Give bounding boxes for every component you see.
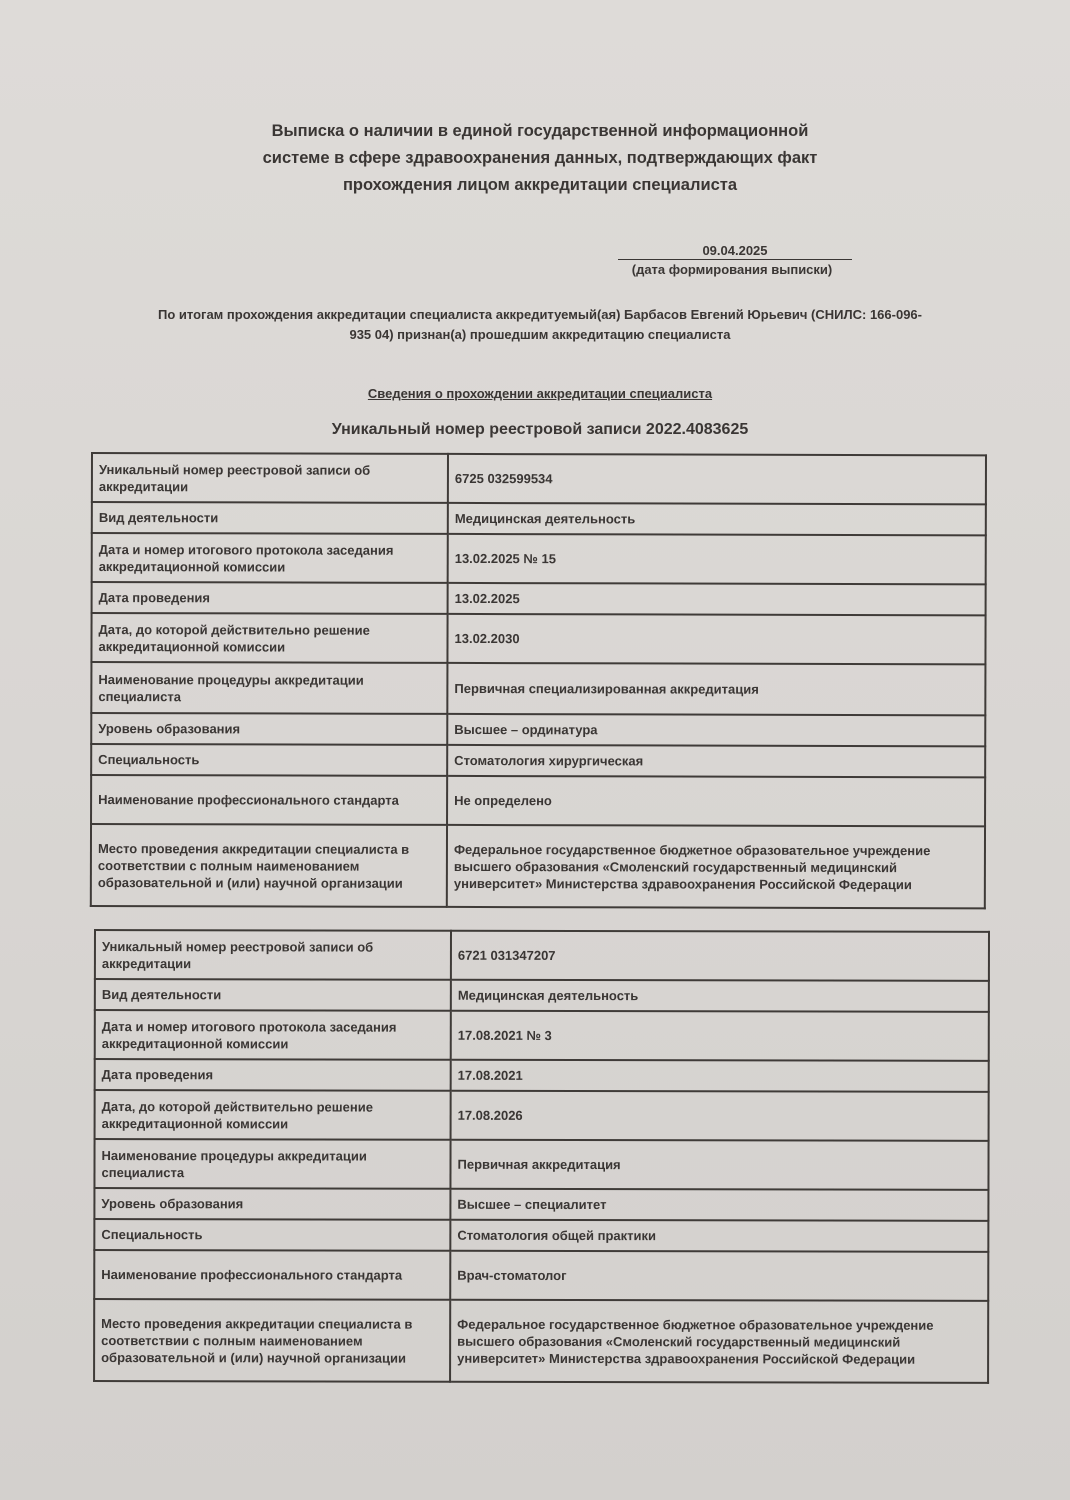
row-value: Первичная специализированная аккредитаци…	[447, 663, 985, 715]
row-value: 6721 031347207	[451, 931, 989, 981]
table-row: Дата проведения17.08.2021	[95, 1059, 989, 1092]
table-row: СпециальностьСтоматология общей практики	[94, 1219, 988, 1252]
document-page: Выписка о наличии в единой государственн…	[0, 0, 1070, 1500]
row-value: 13.02.2025	[448, 583, 986, 615]
issue-date-block: 09.04.2025 (дата формирования выписки)	[612, 243, 852, 277]
row-label: Специальность	[91, 744, 447, 776]
table-row: Уровень образованияВысшее – ординатура	[91, 713, 985, 746]
accreditation-table-2: Уникальный номер реестровой записи об ак…	[93, 929, 990, 1384]
table-row: Наименование профессионального стандарта…	[91, 775, 985, 826]
row-value: 13.02.2025 № 15	[448, 534, 986, 584]
row-value: Первичная аккредитация	[450, 1140, 988, 1190]
table-row: Дата и номер итогового протокола заседан…	[95, 1010, 989, 1061]
table-row: Вид деятельностиМедицинская деятельность	[95, 979, 989, 1012]
row-value: 17.08.2021 № 3	[451, 1011, 989, 1061]
table-row: Дата, до которой действительно решение а…	[91, 613, 985, 664]
row-label: Дата проведения	[95, 1059, 451, 1091]
title-line: Выписка о наличии в единой государственн…	[200, 118, 880, 145]
row-label: Уникальный номер реестровой записи об ак…	[92, 453, 448, 503]
accreditation-table-1: Уникальный номер реестровой записи об ак…	[90, 452, 987, 909]
row-value: Медицинская деятельность	[448, 503, 986, 535]
intro-paragraph: По итогам прохождения аккредитации специ…	[95, 305, 985, 345]
row-label: Наименование профессионального стандарта	[91, 775, 447, 825]
row-value: Не определено	[447, 776, 985, 826]
row-label: Уровень образования	[91, 713, 447, 745]
table-row: Дата и номер итогового протокола заседан…	[92, 533, 986, 584]
intro-line: По итогам прохождения аккредитации специ…	[95, 305, 985, 325]
registry-number: Уникальный номер реестровой записи 2022.…	[0, 421, 1070, 439]
row-label: Наименование процедуры аккредитации спец…	[94, 1139, 450, 1189]
table-row: Наименование профессионального стандарта…	[94, 1250, 988, 1301]
row-value: 17.08.2021	[451, 1060, 989, 1092]
title-line: системе в сфере здравоохранения данных, …	[200, 145, 880, 172]
row-value: Высшее – ординатура	[447, 714, 985, 746]
row-label: Вид деятельности	[95, 979, 451, 1011]
row-value: 17.08.2026	[451, 1091, 989, 1141]
table-row: Уникальный номер реестровой записи об ак…	[95, 930, 989, 981]
document-title: Выписка о наличии в единой государственн…	[200, 118, 880, 199]
table-row: Место проведения аккредитации специалист…	[94, 1299, 988, 1383]
table-row: Наименование процедуры аккредитации спец…	[94, 1139, 988, 1190]
row-label: Место проведения аккредитации специалист…	[91, 824, 447, 907]
section-heading: Сведения о прохождении аккредитации спец…	[0, 386, 1070, 401]
row-label: Вид деятельности	[92, 502, 448, 534]
table-row: Дата, до которой действительно решение а…	[95, 1090, 989, 1141]
row-label: Уровень образования	[94, 1188, 450, 1220]
title-line: прохождения лицом аккредитации специалис…	[200, 172, 880, 199]
row-label: Место проведения аккредитации специалист…	[94, 1299, 450, 1382]
row-value: Врач-стоматолог	[450, 1251, 988, 1301]
row-label: Наименование процедуры аккредитации спец…	[91, 662, 447, 714]
row-label: Дата проведения	[92, 582, 448, 614]
table-row: Место проведения аккредитации специалист…	[91, 824, 985, 908]
row-label: Дата, до которой действительно решение а…	[95, 1090, 451, 1140]
table-row: СпециальностьСтоматология хирургическая	[91, 744, 985, 777]
row-value: 13.02.2030	[447, 614, 985, 664]
row-label: Дата и номер итогового протокола заседан…	[95, 1010, 451, 1060]
row-value: Медицинская деятельность	[451, 980, 989, 1012]
table-row: Уровень образованияВысшее – специалитет	[94, 1188, 988, 1221]
table-row: Уникальный номер реестровой записи об ак…	[92, 453, 986, 504]
table-row: Наименование процедуры аккредитации спец…	[91, 662, 985, 715]
intro-line: 935 04) признан(а) прошедшим аккредитаци…	[95, 325, 985, 345]
row-value: Высшее – специалитет	[450, 1189, 988, 1221]
row-value: 6725 032599534	[448, 454, 986, 504]
row-value: Стоматология хирургическая	[447, 745, 985, 777]
issue-date: 09.04.2025	[618, 243, 852, 260]
row-label: Дата и номер итогового протокола заседан…	[92, 533, 448, 583]
row-value: Федеральное государственное бюджетное об…	[447, 825, 985, 908]
row-value: Федеральное государственное бюджетное об…	[450, 1300, 988, 1383]
row-label: Дата, до которой действительно решение а…	[91, 613, 447, 663]
table-row: Вид деятельностиМедицинская деятельность	[92, 502, 986, 535]
row-value: Стоматология общей практики	[450, 1220, 988, 1252]
row-label: Наименование профессионального стандарта	[94, 1250, 450, 1300]
row-label: Уникальный номер реестровой записи об ак…	[95, 930, 451, 980]
row-label: Специальность	[94, 1219, 450, 1251]
table-row: Дата проведения13.02.2025	[92, 582, 986, 615]
issue-date-caption: (дата формирования выписки)	[612, 262, 852, 277]
